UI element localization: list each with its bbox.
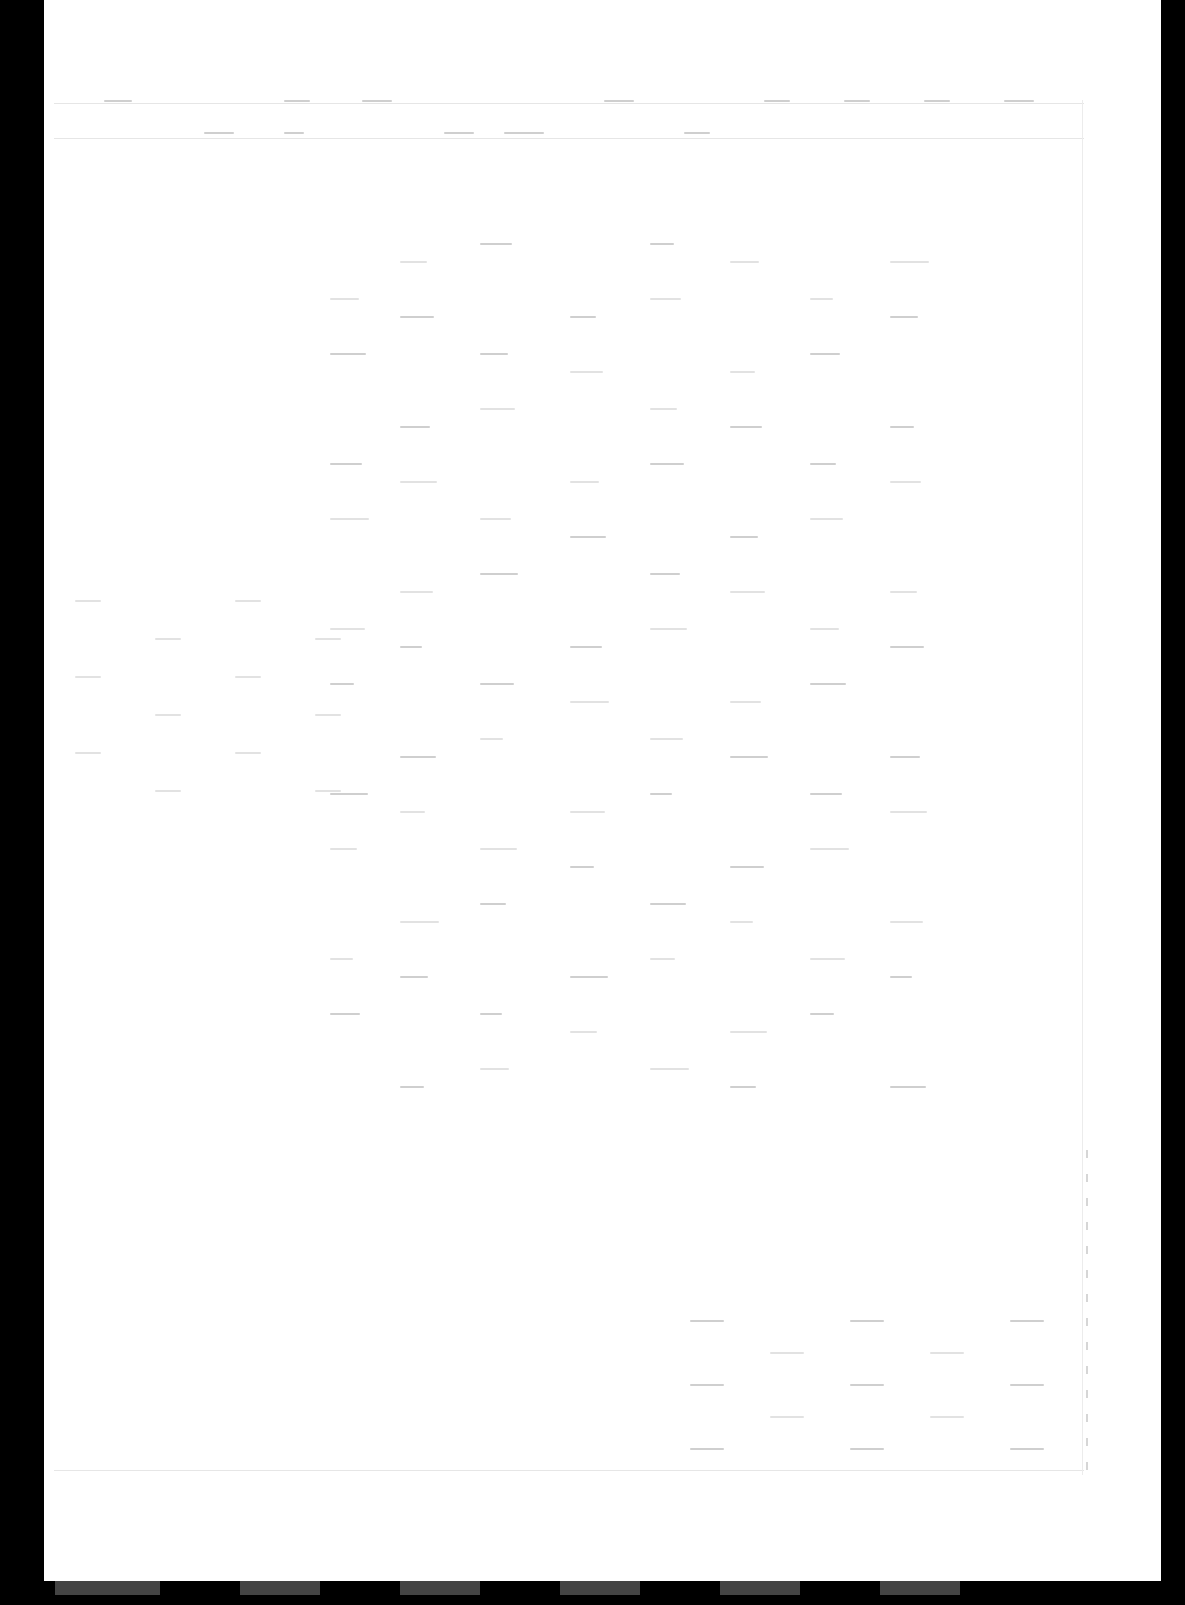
faint-mark xyxy=(330,683,354,685)
faint-mark xyxy=(690,1448,724,1450)
faint-mark xyxy=(810,463,836,465)
faint-mark xyxy=(315,638,341,640)
faint-mark xyxy=(155,790,181,792)
faint-mark xyxy=(650,628,687,630)
faint-mark xyxy=(890,646,924,648)
faint-mark xyxy=(850,1384,884,1386)
faint-mark xyxy=(810,958,845,960)
faint-mark xyxy=(810,848,849,850)
faint-mark xyxy=(890,261,929,263)
scan-border-bottom xyxy=(0,1581,1185,1605)
faint-mark xyxy=(850,1320,884,1322)
right-margin-rule xyxy=(1082,100,1083,1475)
faint-mark xyxy=(890,481,921,483)
faint-mark xyxy=(810,628,839,630)
faint-mark xyxy=(890,316,918,318)
faint-mark xyxy=(650,793,672,795)
faint-mark xyxy=(684,132,710,134)
faint-mark xyxy=(730,756,768,758)
faint-mark xyxy=(400,481,437,483)
faint-mark xyxy=(1010,1384,1044,1386)
faint-mark xyxy=(330,628,365,630)
faint-mark xyxy=(730,591,765,593)
faint-mark xyxy=(400,316,434,318)
scan-noise-tick xyxy=(1086,1390,1088,1398)
faint-mark xyxy=(650,958,675,960)
faint-mark xyxy=(890,426,914,428)
faint-mark xyxy=(480,903,506,905)
faint-mark xyxy=(730,371,755,373)
faint-mark xyxy=(730,261,759,263)
faint-mark xyxy=(480,1068,509,1070)
faint-mark xyxy=(570,481,599,483)
faint-mark xyxy=(730,921,753,923)
faint-mark xyxy=(480,243,512,245)
faint-mark xyxy=(924,100,950,102)
faint-mark xyxy=(810,353,840,355)
faint-mark xyxy=(400,921,439,923)
scanned-page xyxy=(44,0,1161,1581)
faint-mark xyxy=(315,790,341,792)
faint-mark xyxy=(330,353,366,355)
faint-mark xyxy=(330,958,353,960)
faint-mark xyxy=(764,100,790,102)
faint-mark xyxy=(650,1068,689,1070)
faint-mark xyxy=(730,1086,756,1088)
faint-mark xyxy=(730,866,764,868)
faint-mark xyxy=(650,463,684,465)
faint-mark xyxy=(810,793,842,795)
faint-mark xyxy=(480,738,503,740)
faint-mark xyxy=(570,1031,597,1033)
faint-mark xyxy=(284,100,310,102)
scan-artifact xyxy=(55,1581,160,1595)
faint-mark xyxy=(204,132,234,134)
faint-mark xyxy=(810,518,843,520)
faint-mark xyxy=(570,536,606,538)
faint-mark xyxy=(890,976,912,978)
faint-mark xyxy=(480,1013,502,1015)
faint-mark xyxy=(75,752,101,754)
faint-mark xyxy=(284,132,304,134)
faint-mark xyxy=(570,976,608,978)
scan-noise-tick xyxy=(1086,1198,1088,1206)
faint-mark xyxy=(235,600,261,602)
faint-mark xyxy=(330,518,369,520)
faint-mark xyxy=(650,243,674,245)
faint-mark xyxy=(690,1320,724,1322)
faint-mark xyxy=(650,903,686,905)
faint-mark xyxy=(730,426,762,428)
scan-border-right xyxy=(1161,0,1185,1605)
faint-mark xyxy=(480,848,517,850)
faint-mark xyxy=(890,756,920,758)
faint-mark xyxy=(400,426,430,428)
faint-mark xyxy=(235,752,261,754)
faint-mark xyxy=(480,683,514,685)
faint-mark xyxy=(330,463,362,465)
header-rule xyxy=(54,138,1084,139)
scan-artifact xyxy=(560,1581,640,1595)
scan-noise-tick xyxy=(1086,1462,1088,1470)
faint-mark xyxy=(235,676,261,678)
faint-mark xyxy=(570,866,594,868)
scan-noise-tick xyxy=(1086,1222,1088,1230)
scan-noise-tick xyxy=(1086,1438,1088,1446)
faint-mark xyxy=(480,573,518,575)
faint-mark xyxy=(570,701,609,703)
faint-mark xyxy=(890,811,927,813)
faint-mark xyxy=(570,316,596,318)
faint-mark xyxy=(104,100,132,102)
faint-mark xyxy=(730,701,761,703)
scan-noise-tick xyxy=(1086,1414,1088,1422)
scan-noise-tick xyxy=(1086,1246,1088,1254)
faint-mark xyxy=(810,683,846,685)
faint-mark xyxy=(400,811,425,813)
scan-artifact xyxy=(880,1581,960,1595)
faint-mark xyxy=(810,298,833,300)
faint-mark xyxy=(650,738,683,740)
faint-mark xyxy=(480,518,511,520)
scan-artifact xyxy=(240,1581,320,1595)
faint-mark xyxy=(570,646,602,648)
scan-noise-tick xyxy=(1086,1366,1088,1374)
faint-mark xyxy=(444,132,474,134)
faint-mark xyxy=(480,353,508,355)
faint-mark xyxy=(330,1013,360,1015)
scan-noise-tick xyxy=(1086,1150,1088,1158)
faint-mark xyxy=(362,100,392,102)
scan-noise-tick xyxy=(1086,1342,1088,1350)
faint-mark xyxy=(930,1416,964,1418)
scan-noise-tick xyxy=(1086,1270,1088,1278)
faint-mark xyxy=(730,1031,767,1033)
scan-artifact xyxy=(720,1581,800,1595)
faint-mark xyxy=(570,371,603,373)
footer-rule xyxy=(54,1470,1084,1471)
faint-mark xyxy=(1004,100,1034,102)
faint-mark xyxy=(650,573,680,575)
faint-mark xyxy=(330,848,357,850)
faint-mark xyxy=(330,793,368,795)
faint-mark xyxy=(330,298,359,300)
faint-mark xyxy=(730,536,758,538)
faint-mark xyxy=(850,1448,884,1450)
header-rule xyxy=(54,103,1084,104)
faint-mark xyxy=(810,1013,834,1015)
faint-mark xyxy=(400,646,422,648)
faint-mark xyxy=(890,591,917,593)
faint-mark xyxy=(650,298,681,300)
faint-mark xyxy=(400,261,427,263)
faint-mark xyxy=(770,1416,804,1418)
faint-mark xyxy=(604,100,634,102)
scan-border-left xyxy=(0,0,44,1605)
faint-mark xyxy=(400,756,436,758)
scan-noise-tick xyxy=(1086,1294,1088,1302)
scan-noise-tick xyxy=(1086,1318,1088,1326)
faint-mark xyxy=(400,591,433,593)
faint-mark xyxy=(650,408,677,410)
faint-mark xyxy=(844,100,870,102)
scan-artifact xyxy=(400,1581,480,1595)
faint-mark xyxy=(400,976,428,978)
faint-mark xyxy=(480,408,515,410)
faint-mark xyxy=(400,1086,424,1088)
faint-mark xyxy=(315,714,341,716)
faint-mark xyxy=(155,714,181,716)
faint-mark xyxy=(75,600,101,602)
faint-mark xyxy=(770,1352,804,1354)
faint-mark xyxy=(504,132,544,134)
faint-mark xyxy=(75,676,101,678)
faint-mark xyxy=(690,1384,724,1386)
faint-mark xyxy=(890,1086,926,1088)
faint-mark xyxy=(1010,1448,1044,1450)
faint-mark xyxy=(890,921,923,923)
faint-mark xyxy=(1010,1320,1044,1322)
faint-mark xyxy=(155,638,181,640)
faint-mark xyxy=(570,811,605,813)
faint-mark xyxy=(930,1352,964,1354)
scan-noise-tick xyxy=(1086,1174,1088,1182)
